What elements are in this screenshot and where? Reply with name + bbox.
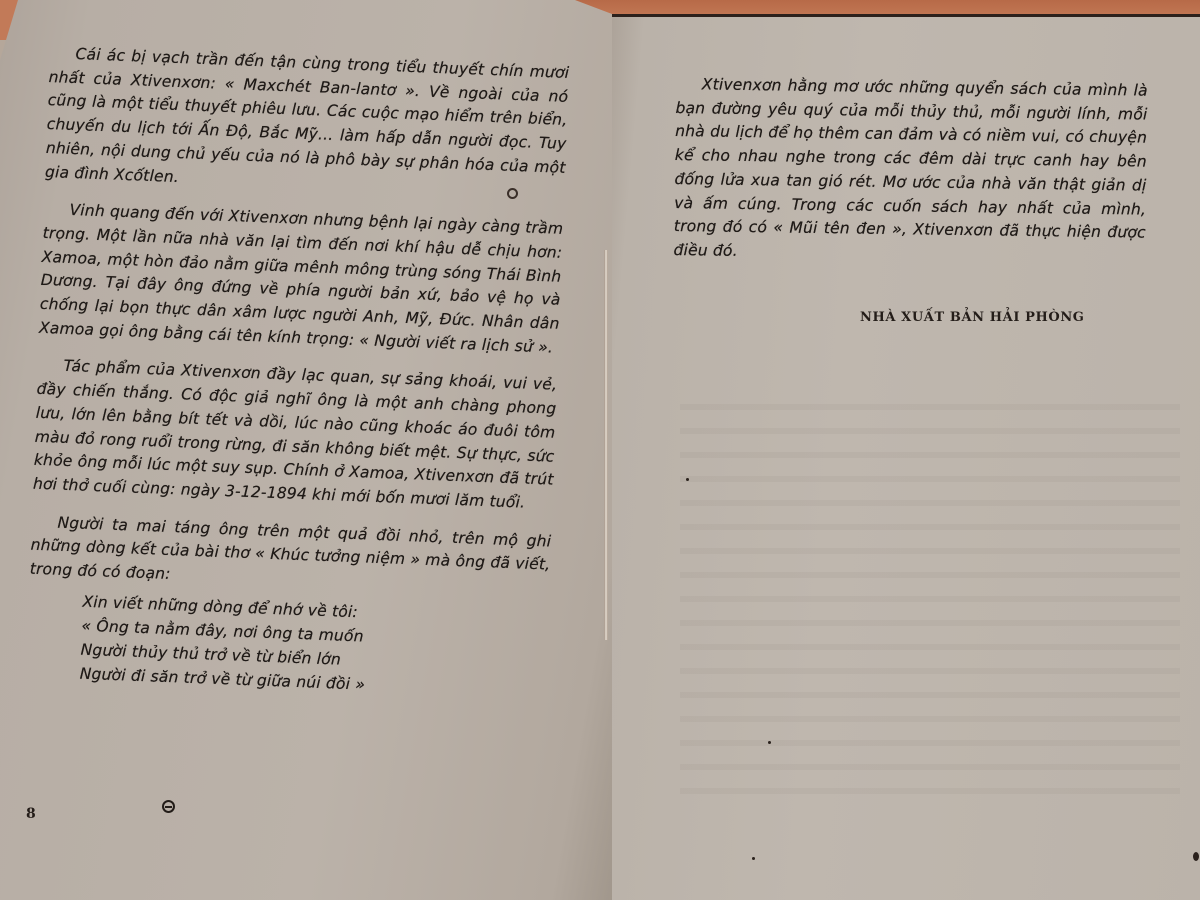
ink-speck xyxy=(1193,852,1199,861)
ornament-mark xyxy=(507,188,518,199)
ink-speck xyxy=(686,478,689,481)
paragraph: Xtivenxơn hằng mơ ước những quyển sách c… xyxy=(673,73,1148,269)
right-page-text: Xtivenxơn hằng mơ ước những quyển sách c… xyxy=(673,73,1148,283)
left-page-text: Cái ác bị vạch trần đến tận cùng trong t… xyxy=(25,42,569,703)
page-number: 8 xyxy=(26,806,36,822)
ink-speck xyxy=(752,857,755,860)
paragraph: Tác phẩm của Xtivenxơn đầy lạc quan, sự … xyxy=(33,354,558,516)
ink-speck xyxy=(768,741,771,744)
poem-verse: Xin viết những dòng để nhớ về tôi: « Ông… xyxy=(79,589,548,703)
paragraph: Người ta mai táng ông trên một quả đồi n… xyxy=(29,510,551,601)
book-spine-binding xyxy=(604,250,608,640)
paragraph: Cái ác bị vạch trần đến tận cùng trong t… xyxy=(45,42,570,204)
publisher-name: NHÀ XUẤT BẢN HẢI PHÒNG xyxy=(860,310,1085,325)
bleed-through-texture xyxy=(680,390,1180,810)
printer-ornament-icon xyxy=(162,800,175,813)
paragraph: Vinh quang đến với Xtivenxơn nhưng bệnh … xyxy=(39,198,564,360)
